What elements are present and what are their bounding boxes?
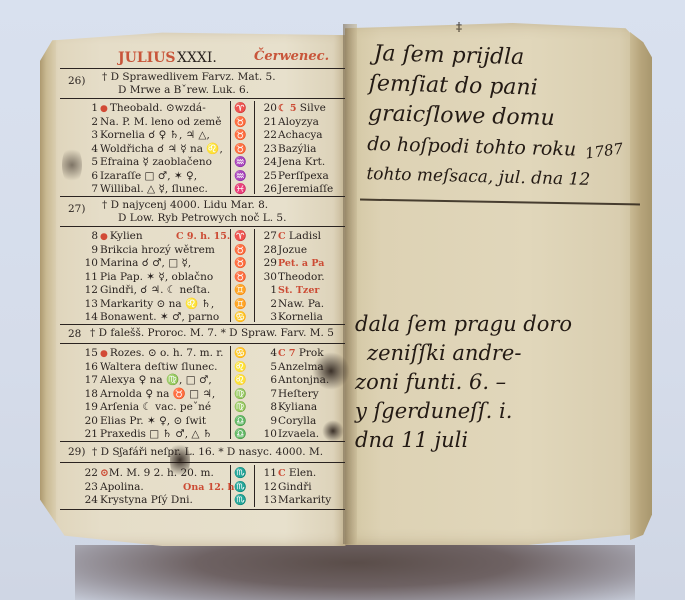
zodiac-icon: ♊ <box>234 298 246 311</box>
day-row: 7Willibal. △ ☿, ſlunec. ♓ 26Jeremiaſſe <box>60 183 345 197</box>
calendar-text: 5 <box>82 156 98 169</box>
calendar-text: 1 <box>263 284 277 297</box>
calendar-text: 25 <box>263 170 277 183</box>
calendar-text: Kyliana <box>278 401 317 414</box>
zodiac-icon: ♉ <box>234 143 246 156</box>
sunday-gospel: 28 † D falešš. Proroc. M. 7. * D Spraw. … <box>60 325 345 343</box>
zodiac-icon: ♉ <box>234 271 246 284</box>
month-czech: Čerwenec. <box>254 49 329 64</box>
calendar-text: 3 <box>82 129 98 142</box>
calendar-text: Efraina ☿ zaoblačeno <box>100 156 212 169</box>
cross-mark: ‡ <box>456 20 462 34</box>
zodiac-icon: ♏ <box>234 467 246 480</box>
calendar-text: Elias Pr. ✶ ♀, ⊙ ſwit <box>100 415 206 428</box>
calendar-text: Jozue <box>278 244 307 257</box>
day-row: 1 Theobald. ⊙wzdá- ♈ 20 ☾ 5 Silve <box>60 102 345 116</box>
sunday-gospel: 29) † D Sʃafáři neſpr. L. 16. * D nasyc.… <box>60 442 345 462</box>
calendar-text: 6 <box>263 374 277 387</box>
day-row: 3Kornelia ☌ ♀ ♄, ♃ △, ♉ 22Achacya <box>60 129 345 143</box>
calendar-text: Alexya ♀ na ♍, □ ♂, <box>100 374 212 387</box>
zodiac-icon: ♉ <box>234 257 246 270</box>
week-block: 1 Theobald. ⊙wzdá- ♈ 20 ☾ 5 Silve 2Na. P… <box>60 99 345 196</box>
calendar-text: 9 <box>263 415 277 428</box>
calendar-text: 3 <box>263 311 277 324</box>
zodiac-icon: ♌ <box>234 374 246 387</box>
calendar-text: 19 <box>82 401 98 414</box>
calendar-text: Waltera deſtiw ſlunec. <box>100 361 217 374</box>
calendar-text: Na. P. M. leno od země <box>100 116 221 129</box>
ink-stain <box>170 440 190 480</box>
week-block: 15 Rozes. ⊙ o. h. 7. m. r. ♋ 4 C 7 Prok … <box>60 344 345 441</box>
calendar-text: Elen. <box>289 467 316 479</box>
calendar-text: 22 <box>82 467 98 480</box>
calendar-text: 24 <box>263 156 277 169</box>
ink-stain <box>62 145 82 185</box>
calendar-text: 24 <box>82 494 98 507</box>
calendar-text: Willibal. △ ☿, ſlunec. <box>100 183 208 196</box>
day-row: 9Brikcia hrozý wětrem ♉ 28Jozue <box>60 244 345 258</box>
day-row: 13Markarity ⊙ na ♌ ♄, ♊ 2Naw. Pa. <box>60 298 345 312</box>
calendar-text: 13 <box>82 298 98 311</box>
calendar-text: 2 <box>263 298 277 311</box>
calendar-text: 11 <box>263 467 277 480</box>
sunday-gospel: 27) † D najycenj 4000. Lidu Mar. 8. D Lo… <box>60 197 345 226</box>
handwritten-note-top: Ja ſem prijdla ſemſiat do pani graicſlow… <box>366 39 594 195</box>
calendar-text: 22 <box>263 129 277 142</box>
calendar-text: 20 <box>263 102 277 115</box>
zodiac-icon: ♎ <box>234 428 246 441</box>
calendar-text: 30 <box>263 271 277 284</box>
ink-stain <box>322 420 344 442</box>
calendar-text: 18 <box>82 388 98 401</box>
calendar-text: Gindři <box>278 481 312 494</box>
calendar-text: Izaraſſe □ ♂, ✶ ♀, <box>100 170 197 183</box>
calendar-text: Apolina. Ona 12. h. <box>100 481 238 494</box>
calendar-text: Kornelia ☌ ♀ ♄, ♃ △, <box>100 129 210 142</box>
zodiac-icon: ♉ <box>234 244 246 257</box>
zodiac-icon: ♌ <box>234 361 246 374</box>
calendar-text: Pet. a Pa <box>278 257 324 270</box>
day-row: 4Woldřicha ☌ ♃ ☿ na ♌, ♉ 23Bazýlia <box>60 143 345 157</box>
calendar-text: 8 <box>82 230 98 243</box>
calendar-text: Achacya <box>278 129 323 142</box>
zodiac-icon: ♍ <box>234 401 246 414</box>
calendar-text: Markarity ⊙ na ♌ ♄, <box>100 298 214 311</box>
calendar-text: Izvaela. <box>278 428 319 441</box>
calendar-text: 10 <box>263 428 277 441</box>
calendar-text: Bonawent. ✶ ♂, parno <box>100 311 219 324</box>
calendar-text: Brikcia hrozý wětrem <box>100 244 215 257</box>
day-row: 8 Kylien C 9. h. 15. ♈ 27 C Ladisl <box>60 230 345 244</box>
day-row: 6Izaraſſe □ ♂, ✶ ♀, ♒ 25Perſſpexa <box>60 170 345 184</box>
calendar-text: ⊙ <box>100 467 109 479</box>
day-row: 21Praxedis □ ♄ ♂, △ ♄ ♎ 10Izvaela. <box>60 428 345 442</box>
calendar-text: Silve <box>300 102 326 114</box>
calendar-text: 7 <box>82 183 98 196</box>
day-row: 16Waltera deſtiw ſlunec. ♌ 5Anzelma <box>60 361 345 375</box>
calendar-text: 28 <box>263 244 277 257</box>
calendar-text: 12 <box>82 284 98 297</box>
zodiac-icon: ♍ <box>234 388 246 401</box>
zodiac-icon: ♓ <box>234 183 246 196</box>
day-row: 10Marina ☌ ♂, □ ☿, ♉ 29Pet. a Pa <box>60 257 345 271</box>
day-row: 2Na. P. M. leno od země ♉ 21Aloyzya <box>60 116 345 130</box>
calendar-text: Kylien <box>110 230 143 242</box>
calendar-text: Aloyzya <box>278 116 319 129</box>
day-row: 15 Rozes. ⊙ o. h. 7. m. r. ♋ 4 C 7 Prok <box>60 347 345 361</box>
ink-stain <box>312 352 350 390</box>
calendar-text: St. Tzer <box>278 284 319 297</box>
zodiac-icon: ♈ <box>234 230 246 243</box>
calendar-text: Perſſpexa <box>278 170 329 183</box>
zodiac-icon: ♏ <box>234 481 246 494</box>
calendar-text: Praxedis □ ♄ ♂, △ ♄ <box>100 428 212 441</box>
zodiac-icon: ♈ <box>234 102 246 115</box>
calendar-text: 26 <box>263 183 277 196</box>
calendar-text: Gindři, ☌ ♃. ☾ neſta. <box>100 284 210 297</box>
page-edges <box>630 32 652 540</box>
calendar-text: C <box>278 231 286 242</box>
calendar-text: Corylla <box>278 415 316 428</box>
calendar-july: JULIUS XXXI. Čerwenec. 26) † D Sprawedli… <box>60 48 345 510</box>
calendar-text: ☾ 5 Silve <box>278 102 326 115</box>
sunday-gospel: 26) † D Sprawedlivem Farvz. Mat. 5. D Mr… <box>60 69 345 98</box>
calendar-text: 9 <box>82 244 98 257</box>
calendar-text: 21 <box>82 428 98 441</box>
calendar-text: 12 <box>263 481 277 494</box>
zodiac-icon: ♉ <box>234 116 246 129</box>
calendar-text: Theobald. ⊙wzdá- <box>100 102 206 116</box>
calendar-text: 15 <box>82 347 98 360</box>
calendar-text: Arnolda ♀ na ♉ □ ♃, <box>100 388 215 401</box>
calendar-text: 13 <box>263 494 277 507</box>
calendar-text: Arſenia ☾ vac. peˇné <box>100 401 211 414</box>
zodiac-icon: ♋ <box>234 311 246 324</box>
calendar-text: Ladisl <box>289 230 321 242</box>
day-row: 11Pia Pap. ✶ ☿, oblačno ♉ 30Theodor. <box>60 271 345 285</box>
week-block: 22 ⊙M. M. 9 2. h. 20. m. ♏ 11 C Elen. 23… <box>60 463 345 509</box>
zodiac-icon: ♋ <box>234 347 246 360</box>
day-row: 20Elias Pr. ✶ ♀, ⊙ ſwit ♎ 9Corylla <box>60 415 345 429</box>
calendar-text: C <box>278 468 286 479</box>
calendar-text: Krystyna Pſý Dni. <box>100 494 193 507</box>
calendar-text: 27 <box>263 230 277 243</box>
calendar-text: 8 <box>263 401 277 414</box>
calendar-text: Marina ☌ ♂, □ ☿, <box>100 257 191 270</box>
day-row: 12Gindři, ☌ ♃. ☾ neſta. ♊ 1St. Tzer <box>60 284 345 298</box>
day-row: 5Efraina ☿ zaoblačeno ♒ 24Jena Krt. <box>60 156 345 170</box>
calendar-text: 17 <box>82 374 98 387</box>
calendar-text: 10 <box>82 257 98 270</box>
day-row: 24Krystyna Pſý Dni. ♏ 13Markarity <box>60 494 345 508</box>
week-block: 8 Kylien C 9. h. 15. ♈ 27 C Ladisl 9Brik… <box>60 227 345 324</box>
day-row: 19Arſenia ☾ vac. peˇné ♍ 8Kyliana <box>60 401 345 415</box>
calendar-text: 21 <box>263 116 277 129</box>
calendar-text: Markarity <box>278 494 331 507</box>
calendar-text: Woldřicha ☌ ♃ ☿ na ♌, <box>100 143 223 156</box>
calendar-text: Theodor. <box>278 271 325 284</box>
calendar-text: C Ladisl <box>278 230 321 243</box>
calendar-text: Kylien C 9. h. 15. <box>100 230 230 244</box>
calendar-text: 16 <box>82 361 98 374</box>
rule-line <box>40 30 56 546</box>
calendar-text: Kornelia <box>278 311 323 324</box>
calendar-text: ☾ 5 <box>278 103 296 114</box>
calendar-text: Naw. Pa. <box>278 298 324 311</box>
calendar-text: C 9. h. 15. <box>176 231 230 242</box>
zodiac-icon: ♒ <box>234 170 246 183</box>
zodiac-icon: ♉ <box>234 129 246 142</box>
calendar-text: 23 <box>82 481 98 494</box>
calendar-text: 20 <box>82 415 98 428</box>
calendar-text: 29 <box>263 257 277 270</box>
calendar-text: 23 <box>263 143 277 156</box>
calendar-text: C 7 <box>278 348 295 359</box>
rule-line <box>60 509 345 510</box>
calendar-text: Apolina. <box>100 481 144 493</box>
calendar-text: 7 <box>263 388 277 401</box>
zodiac-icon: ♏ <box>234 494 246 507</box>
month-days-roman: XXXI. <box>177 50 217 66</box>
month-header: JULIUS XXXI. Čerwenec. <box>60 48 345 68</box>
calendar-text: 6 <box>82 170 98 183</box>
calendar-text: 2 <box>82 116 98 129</box>
zodiac-icon: ♒ <box>234 156 246 169</box>
open-almanac: JULIUS XXXI. Čerwenec. 26) † D Sprawedli… <box>0 0 685 600</box>
calendar-text: 11 <box>82 271 98 284</box>
day-row: 23 Apolina. Ona 12. h. ♏ 12Gindři <box>60 481 345 495</box>
calendar-text: Rozes. ⊙ o. h. 7. m. r. <box>100 347 223 361</box>
book-gutter <box>343 24 357 544</box>
calendar-text: M. M. 9 2. h. 20. m. <box>109 467 214 479</box>
zodiac-icon: ♊ <box>234 284 246 297</box>
day-row: 22 ⊙M. M. 9 2. h. 20. m. ♏ 11 C Elen. <box>60 467 345 481</box>
day-row: 14Bonawent. ✶ ♂, parno ♋ 3Kornelia <box>60 311 345 325</box>
calendar-text: Ona 12. h. <box>183 482 238 493</box>
calendar-text: 5 <box>263 361 277 374</box>
month-latin: JULIUS <box>118 50 176 66</box>
calendar-text: Jeremiaſſe <box>278 183 333 196</box>
handwritten-note-bottom: dala ſem pragu doro zeniſſki andre- zoni… <box>355 310 572 455</box>
calendar-text: 1 <box>82 102 98 115</box>
calendar-text: Pia Pap. ✶ ☿, oblačno <box>100 271 213 284</box>
calendar-text: C Elen. <box>278 467 316 480</box>
calendar-text: Jena Krt. <box>278 156 325 169</box>
day-row: 18Arnolda ♀ na ♉ □ ♃, ♍ 7Heſtery <box>60 388 345 402</box>
calendar-text: 14 <box>82 311 98 324</box>
calendar-text: 4 <box>263 347 277 360</box>
calendar-text: ⊙M. M. 9 2. h. 20. m. <box>100 467 214 480</box>
day-row: 17Alexya ♀ na ♍, □ ♂, ♌ 6Antonjna. <box>60 374 345 388</box>
zodiac-icon: ♎ <box>234 415 246 428</box>
calendar-text: Heſtery <box>278 388 319 401</box>
calendar-text: Bazýlia <box>278 143 316 156</box>
calendar-text: 4 <box>82 143 98 156</box>
